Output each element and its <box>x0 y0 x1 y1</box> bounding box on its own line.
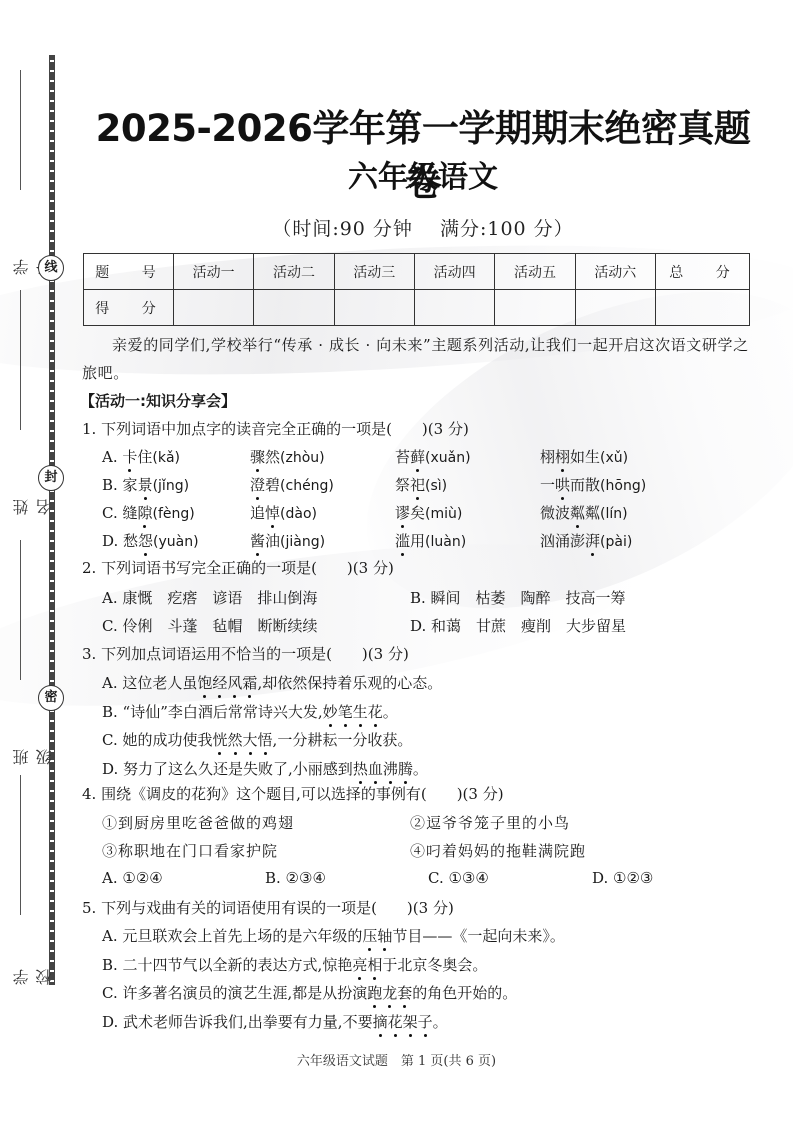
question-4-option-c: C. ①③④ <box>428 869 489 887</box>
question-1-stem: 1. 下列词语中加点字的读音完全正确的一项是( )(3 分) <box>82 418 469 439</box>
question-3-stem: 3. 下列加点词语运用不恰当的一项是( )(3 分) <box>82 643 409 664</box>
exam-subtitle: 六年级语文 <box>78 152 768 196</box>
question-4-stem: 4. 围绕《调皮的花狗》这个题目,可以选择的事例有( )(3 分) <box>82 783 504 804</box>
question-5-option-c: C. 许多著名演员的演艺生涯,都是从扮演跑龙套的角色开始的。 <box>102 982 517 1003</box>
score-cell[interactable] <box>495 290 575 326</box>
class-underline <box>20 540 21 680</box>
student-number-label: 学 号 <box>10 205 32 275</box>
student-name-label: 姓 名 <box>10 445 32 515</box>
name-underline <box>20 290 21 430</box>
score-cell[interactable] <box>575 290 655 326</box>
question-4-option-d: D. ①②③ <box>592 869 653 887</box>
question-4-option-b: B. ②③④ <box>265 869 326 887</box>
question-5-stem: 5. 下列与戏曲有关的词语使用有误的一项是( )(3 分) <box>82 897 454 918</box>
question-4-item-3: ③称职地在门口看家护院 <box>102 840 278 861</box>
score-cell[interactable] <box>254 290 334 326</box>
question-5-option-b: B. 二十四节气以全新的表达方式,惊艳亮相于北京冬奥会。 <box>102 954 487 975</box>
question-2-option-d: D. 和蔼 甘蔗 瘦削 大步留星 <box>410 615 626 636</box>
question-1-option-item: 澄碧(chéng) <box>250 474 334 495</box>
school-label: 学 校 <box>10 915 32 985</box>
question-4-item-4: ④叼着妈妈的拖鞋满院跑 <box>410 840 586 861</box>
question-1-option-item: 滥用(luàn) <box>395 530 466 551</box>
question-1-option-item: 微波粼粼(lín) <box>540 502 628 523</box>
score-table-score-row: 得 分 <box>84 290 750 326</box>
score-cell[interactable] <box>656 290 750 326</box>
intro-paragraph: 亲爱的同学们,学校举行“传承 · 成长 · 向未来”主题系列活动,让我们一起开启… <box>82 331 754 387</box>
table-header-cell: 活动一 <box>174 254 254 290</box>
table-header-cell: 活动四 <box>414 254 494 290</box>
question-1-option-item: C. 缝隙(fèng) <box>102 502 195 523</box>
question-1-option-item: 一哄而散(hōng) <box>540 474 646 495</box>
question-2-stem: 2. 下列词语书写完全正确的一项是( )(3 分) <box>82 557 394 578</box>
table-header-cell: 活动五 <box>495 254 575 290</box>
question-1-option-item: 汹涌澎湃(pài) <box>540 530 632 551</box>
time-and-score-info: （时间:90 分钟 满分:100 分） <box>78 214 768 241</box>
question-2-option-c: C. 伶俐 斗蓬 毡帽 断断续续 <box>102 615 317 636</box>
question-1-option-item: 追悼(dào) <box>250 502 317 523</box>
score-cell[interactable] <box>334 290 414 326</box>
question-5-option-d: D. 武术老师告诉我们,出拳要有力量,不要摘花架子。 <box>102 1011 448 1032</box>
seal-xian: 线 <box>38 255 64 281</box>
question-1-option-item: B. 家景(jǐng) <box>102 474 189 495</box>
question-4-option-a: A. ①②④ <box>102 869 163 887</box>
question-2-option-b: B. 瞬间 枯萎 陶醉 技高一筹 <box>410 587 626 608</box>
score-table: 题 号 活动一 活动二 活动三 活动四 活动五 活动六 总 分 得 分 <box>83 253 750 326</box>
question-3-option-b: B. “诗仙”李白酒后常常诗兴大发,妙笔生花。 <box>102 701 398 722</box>
question-2-option-a: A. 康慨 疙瘩 谚语 排山倒海 <box>102 587 317 608</box>
question-1-option-item: A. 卡住(kǎ) <box>102 446 180 467</box>
question-1-option-item: 酱油(jiàng) <box>250 530 325 551</box>
score-cell[interactable] <box>174 290 254 326</box>
table-header-cell: 活动六 <box>575 254 655 290</box>
question-1-option-item: 苔藓(xuǎn) <box>395 446 471 467</box>
tear-line <box>49 55 55 985</box>
table-header-cell: 活动三 <box>334 254 414 290</box>
question-1-option-item: D. 愁怨(yuàn) <box>102 530 199 551</box>
question-1-option-item: 骤然(zhòu) <box>250 446 325 467</box>
table-header-cell: 题 号 <box>84 254 174 290</box>
question-3-option-d: D. 努力了这么久还是失败了,小丽感到热血沸腾。 <box>102 758 428 779</box>
question-1-option-item: 谬矣(miù) <box>395 502 462 523</box>
seal-feng: 封 <box>38 465 64 491</box>
school-underline <box>20 775 21 915</box>
binding-margin: 学 号 姓 名 班 级 学 校 线 封 密 <box>0 0 70 1122</box>
question-5-option-a: A. 元旦联欢会上首先上场的是六年级的压轴节目——《一起向未来》。 <box>102 925 565 946</box>
table-header-cell: 活动二 <box>254 254 334 290</box>
class-label: 班 级 <box>10 695 32 765</box>
question-3-option-c: C. 她的成功使我恍然大悟,一分耕耘一分收获。 <box>102 729 412 750</box>
page-footer: 六年级语文试题 第 1 页(共 6 页) <box>0 1050 793 1069</box>
question-1-option-item: 栩栩如生(xǔ) <box>540 446 628 467</box>
xuehao-underline <box>20 70 21 190</box>
table-header-cell: 总 分 <box>656 254 750 290</box>
section-heading-activity-1: 【活动一:知识分享会】 <box>80 390 236 411</box>
score-row-label: 得 分 <box>84 290 174 326</box>
question-4-item-1: ①到厨房里吃爸爸做的鸡翅 <box>102 812 294 833</box>
question-3-option-a: A. 这位老人虽饱经风霜,却依然保持着乐观的心态。 <box>102 672 442 693</box>
question-4-item-2: ②逗爷爷笼子里的小鸟 <box>410 812 570 833</box>
score-cell[interactable] <box>414 290 494 326</box>
score-table-header-row: 题 号 活动一 活动二 活动三 活动四 活动五 活动六 总 分 <box>84 254 750 290</box>
seal-mi: 密 <box>38 685 64 711</box>
question-1-option-item: 祭祀(sì) <box>395 474 447 495</box>
